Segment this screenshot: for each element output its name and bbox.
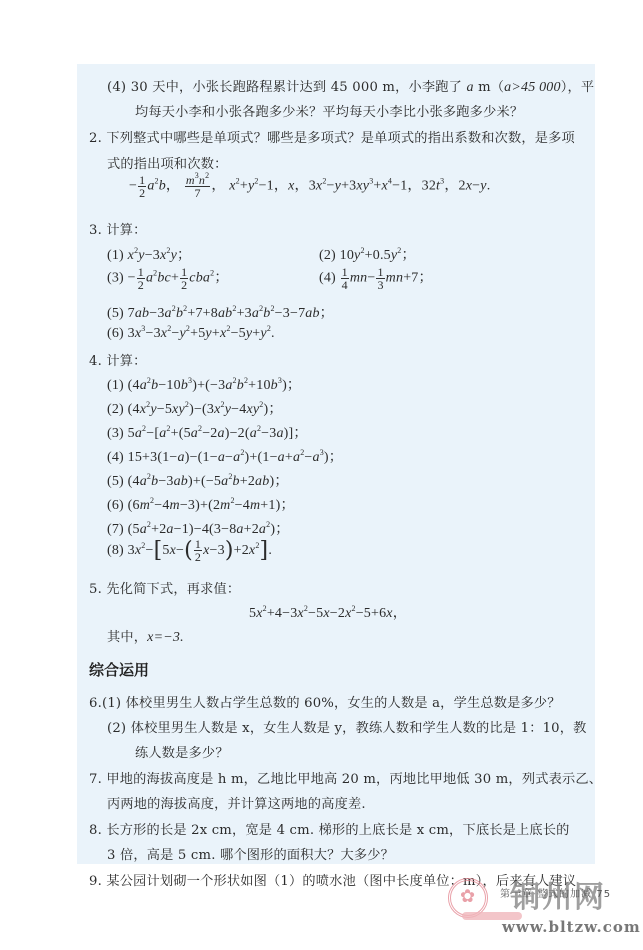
page-footer: 第一章 整式的加减 75 (500, 885, 611, 900)
footer-page-number: 75 (596, 889, 611, 900)
q3-item-1: (1) x2y−3x2y； (107, 244, 191, 264)
q4-item-2: (2) (4x2y−5xy2)−(3x2y−4xy2)； (107, 398, 283, 418)
watermark-url: www.bltzw.com (502, 918, 641, 936)
fraction-m3n2-over-7: m3n27 (185, 174, 210, 199)
q6-part2-line2: 练人数是多少？ (135, 742, 229, 761)
q4-item-6: (6) (6m2−4m−3)+(2m2−4m+1)； (107, 494, 295, 514)
q6-part2-line1: (2) 体校里男生人数是 x，女生人数是 y，教练人数和学生人数的比是 1：10… (107, 717, 587, 736)
section-heading: 综合运用 (89, 659, 149, 680)
q3-title: 3. 计算： (89, 219, 147, 238)
fraction-half: 12 (138, 174, 146, 199)
q2-line2: 式的指出项和次数： (107, 153, 228, 172)
q1-part4-line1: (4) 30 天中，小张长跑路程累计达到 45 000 m，小李跑了 a m（a… (107, 76, 594, 96)
q5-condition: 其中，x=−3. (107, 626, 184, 646)
q4-item-7: (7) (5a2+2a−1)−4(3−8a+2a2)； (107, 518, 289, 538)
q4-item-4: (4) 15+3(1−a)−(1−a−a2)+(1−a+a2−a3)； (107, 446, 343, 466)
q1-part4-line2: 均每天小李和小张各跑多少米？平均每天小李比小张多跑多少米？ (135, 101, 523, 120)
q4-item-5: (5) (4a2b−3ab)+(−5a2b+2ab)； (107, 470, 289, 490)
q8-line1: 8. 长方形的长是 2x cm，宽是 4 cm. 梯形的上底长是 x cm，下底… (89, 819, 570, 838)
q4-item-1: (1) (4a2b−10b3)+(−3a2b2+10b3)； (107, 374, 301, 394)
q3-item-3: (3) −12a2bc+12cba2； (107, 266, 229, 291)
q3-item-6: (6) 3x3−3x2−y2+5y+x2−5y+y2. (107, 326, 275, 342)
textbook-page-panel: (4) 30 天中，小张长跑路程累计达到 45 000 m，小李跑了 a m（a… (77, 64, 595, 864)
q4-title: 4. 计算： (89, 350, 147, 369)
q3-item-5: (5) 7ab−3a2b2+7+8ab2+3a2b2−3−7ab； (107, 302, 334, 322)
q6-part1: 6.(1) 体校里男生人数占学生总数的 60%，女生的人数是 a，学生总数是多少… (89, 692, 561, 711)
q3-item-2: (2) 10y2+0.5y2； (319, 244, 416, 264)
q3-item-4: (4) 14mn−13mn+7； (319, 266, 433, 291)
footer-chapter: 第一章 整式的加减 (500, 889, 592, 900)
q5-expression: 5x2+4−3x2−5x−2x2−5+6x， (249, 602, 407, 622)
q2-line1: 2. 下列整式中哪些是单项式？哪些是多项式？是单项式的指出系数和次数，是多项 (89, 127, 575, 146)
q4-item-8: (8) 3x2−[5x−(12x−3)+2x2]. (107, 538, 272, 563)
q5-title: 5. 先化简下式，再求值： (89, 578, 240, 597)
q7-line2: 丙两地的海拔高度，并计算这两地的高度差. (107, 793, 366, 812)
q2-expressions: −12a2b， m3n27， x2+y2−1，x，3x2−y+3xy3+x4−1… (129, 174, 490, 199)
q7-line1: 7. 甲地的海拔高度是 h m，乙地比甲地高 20 m，丙地比甲地低 30 m，… (89, 768, 602, 787)
q4-item-3: (3) 5a2−[a2+(5a2−2a)−2(a2−3a)]； (107, 422, 308, 442)
q8-line2: 3 倍，高是 5 cm. 哪个图形的面积大？大多少？ (107, 844, 394, 863)
